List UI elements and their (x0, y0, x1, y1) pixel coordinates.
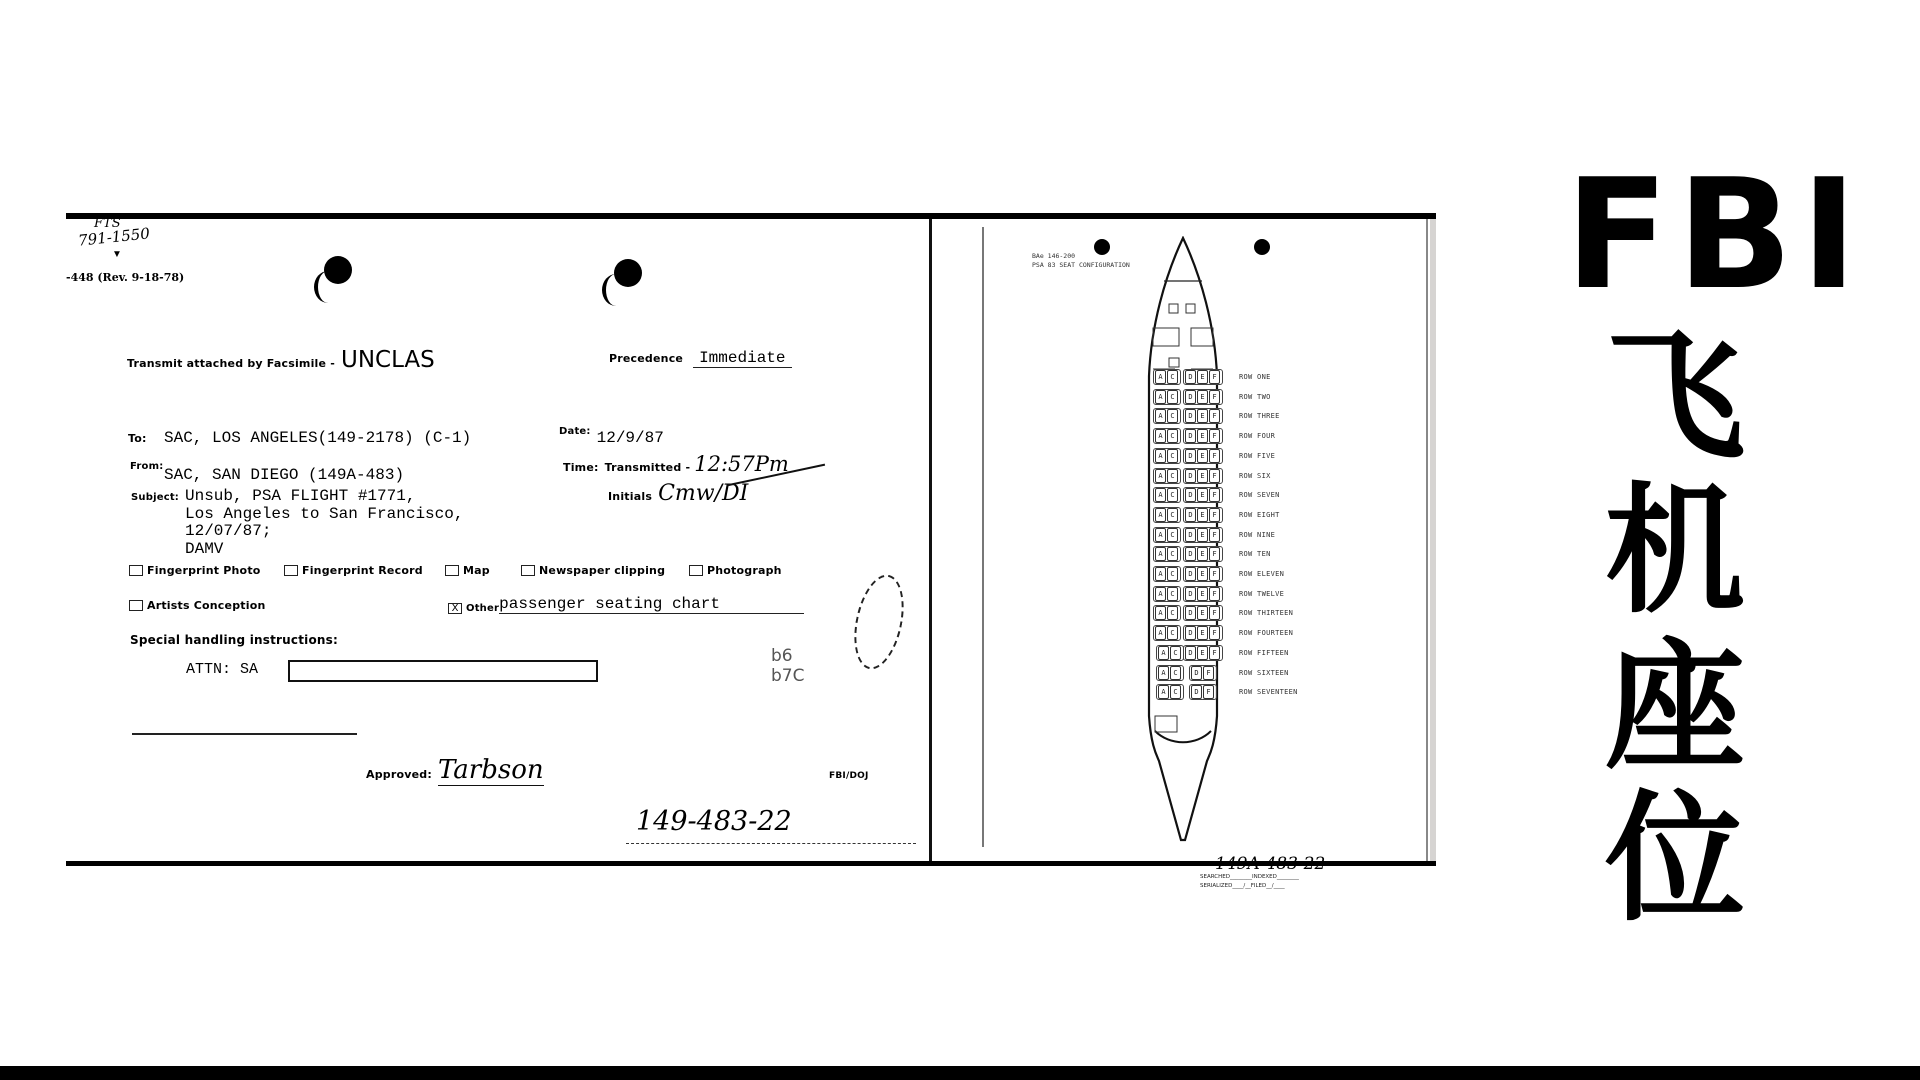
row-label: ROW TWELVE (1239, 590, 1284, 598)
time-label: Time: (563, 461, 599, 474)
row-label: ROW SIX (1239, 472, 1271, 480)
seat-15D: D (1185, 646, 1196, 660)
seat-11C: C (1167, 567, 1178, 581)
seat-6D: D (1185, 469, 1196, 483)
seat-5F: F (1209, 449, 1220, 463)
seat-17F: F (1203, 685, 1214, 699)
subject-line: 12/07/87; (185, 523, 463, 541)
row-label: ROW EIGHT (1239, 511, 1280, 519)
classification: UNCLAS (341, 347, 435, 373)
row-label: ROW FIFTEEN (1239, 649, 1289, 657)
redaction-code: b6 (771, 646, 804, 666)
seat-4C: C (1167, 429, 1178, 443)
seat-10D: D (1185, 547, 1196, 561)
transmit-label: Transmit attached by Facsimile - (127, 357, 335, 370)
seat-6F: F (1209, 469, 1220, 483)
seat-5A: A (1155, 449, 1166, 463)
transmit-line: Transmit attached by Facsimile - UNCLAS (127, 347, 435, 373)
checkbox-box-checked[interactable]: X (448, 603, 462, 614)
transmitted-label: Transmitted - (605, 461, 691, 474)
seat-17A: A (1158, 685, 1169, 699)
from-line: From: SAC, SAN DIEGO (149A-483) (130, 461, 404, 484)
seat-2E: E (1197, 390, 1208, 404)
page-edge (1426, 219, 1428, 861)
seat-1E: E (1197, 370, 1208, 384)
seat-5C: C (1167, 449, 1178, 463)
redaction-code: b7C (771, 666, 804, 686)
divider-line (132, 733, 357, 735)
checkbox-box[interactable] (129, 565, 143, 576)
seat-3A: A (1155, 409, 1166, 423)
seat-2C: C (1167, 390, 1178, 404)
title-fbi: FBI (1565, 160, 1865, 310)
seat-6A: A (1155, 469, 1166, 483)
date-value: 12/9/87 (597, 429, 664, 447)
row-label: ROW SIXTEEN (1239, 669, 1289, 677)
seat-1C: C (1167, 370, 1178, 384)
subject-text: Unsub, PSA FLIGHT #1771, Los Angeles to … (185, 488, 463, 558)
arrow-down-icon: ▼ (112, 249, 122, 260)
seat-11E: E (1197, 567, 1208, 581)
seat-13E: E (1197, 606, 1208, 620)
seat-8F: F (1209, 508, 1220, 522)
seat-6C: C (1167, 469, 1178, 483)
seat-14E: E (1197, 626, 1208, 640)
seat-16F: F (1203, 666, 1214, 680)
stamp-serialized: SERIALIZED (1200, 883, 1232, 889)
row-label: ROW FOUR (1239, 432, 1275, 440)
precedence-value: Immediate (693, 349, 791, 368)
row-label: ROW TEN (1239, 550, 1271, 558)
seat-2A: A (1155, 390, 1166, 404)
seat-7D: D (1185, 488, 1196, 502)
title-char-ji: 机 (1600, 472, 1750, 632)
initials-label: Initials (608, 490, 652, 503)
seat-14A: A (1155, 626, 1166, 640)
date-label: Date: (559, 426, 591, 437)
seat-13A: A (1155, 606, 1166, 620)
stamp-filed: FILED (1251, 883, 1267, 889)
redaction-codes: b6 b7C (771, 646, 804, 686)
from-label: From: (130, 461, 164, 472)
seat-4E: E (1197, 429, 1208, 443)
seat-15C: C (1170, 646, 1181, 660)
seat-13C: C (1167, 606, 1178, 620)
time-value: 12:57Pm (694, 452, 789, 476)
precedence-line: Precedence Immediate (609, 349, 792, 368)
seat-12F: F (1209, 587, 1220, 601)
seat-11F: F (1209, 567, 1220, 581)
seat-9A: A (1155, 528, 1166, 542)
handwritten-oval-mark (847, 570, 912, 673)
seat-9F: F (1209, 528, 1220, 542)
seat-6E: E (1197, 469, 1208, 483)
seat-15E: E (1197, 646, 1208, 660)
seat-13D: D (1185, 606, 1196, 620)
seat-9D: D (1185, 528, 1196, 542)
seat-7A: A (1155, 488, 1166, 502)
handwritten-file-number: 791-1550 (77, 224, 150, 249)
row-label: ROW SEVEN (1239, 491, 1280, 499)
chart-header: BAe 146-200 PSA 83 SEAT CONFIGURATION (1032, 252, 1130, 270)
checkbox-other[interactable]: X Other passenger seating chart (448, 595, 804, 614)
seat-11D: D (1185, 567, 1196, 581)
row-label: ROW FOURTEEN (1239, 629, 1293, 637)
row-label: ROW FIVE (1239, 452, 1275, 460)
seat-10C: C (1167, 547, 1178, 561)
checkbox-label: Artists Conception (147, 599, 265, 612)
punch-crescent-icon (602, 274, 630, 306)
time-line: Time: Transmitted - 12:57Pm (563, 452, 789, 476)
checkbox-label: Fingerprint Record (302, 564, 423, 577)
seat-12D: D (1185, 587, 1196, 601)
handwritten-serial: 149-483-22 (636, 806, 792, 837)
seat-10A: A (1155, 547, 1166, 561)
approved-label: Approved: (366, 768, 432, 781)
seat-10F: F (1209, 547, 1220, 561)
seat-14F: F (1209, 626, 1220, 640)
seat-4A: A (1155, 429, 1166, 443)
seat-8A: A (1155, 508, 1166, 522)
row-label: ROW THIRTEEN (1239, 609, 1293, 617)
checkbox-box[interactable] (445, 565, 459, 576)
to-line: To: SAC, LOS ANGELES(149-2178) (C-1) (128, 429, 471, 447)
seat-10E: E (1197, 547, 1208, 561)
checkbox-fingerprint-record[interactable]: Fingerprint Record (284, 564, 445, 577)
subject-label: Subject: (131, 492, 185, 503)
footer-code: FBI/DOJ (829, 771, 869, 781)
seat-8D: D (1185, 508, 1196, 522)
checkbox-label: Other (466, 603, 499, 614)
special-handling-label: Special handling instructions: (130, 633, 338, 647)
punch-hole-icon (1254, 239, 1270, 255)
seat-15A: A (1158, 646, 1169, 660)
row-label: ROW NINE (1239, 531, 1275, 539)
subject-block: Subject: Unsub, PSA FLIGHT #1771, Los An… (131, 488, 463, 558)
from-value: SAC, SAN DIEGO (149A-483) (164, 466, 404, 484)
seat-16A: A (1158, 666, 1169, 680)
other-value: passenger seating chart (499, 595, 804, 614)
subject-line: Los Angeles to San Francisco, (185, 506, 463, 524)
subject-line: DAMV (185, 541, 463, 559)
seat-14C: C (1167, 626, 1178, 640)
checkbox-newspaper-clipping[interactable]: Newspaper clipping (521, 564, 689, 577)
seat-3E: E (1197, 409, 1208, 423)
row-label: ROW SEVENTEEN (1239, 688, 1298, 696)
checkbox-box[interactable] (689, 565, 703, 576)
seat-14D: D (1185, 626, 1196, 640)
seat-9C: C (1167, 528, 1178, 542)
seat-13F: F (1209, 606, 1220, 620)
attachment-checkbox-row: Fingerprint Photo Fingerprint Record Map… (129, 564, 782, 577)
fax-cover-sheet: FTS 791-1550 ▼ -448 (Rev. 9-18-78) Trans… (66, 219, 932, 861)
punch-crescent-icon (314, 271, 342, 303)
checkbox-box[interactable] (129, 600, 143, 611)
seat-1F: F (1209, 370, 1220, 384)
seat-2D: D (1185, 390, 1196, 404)
checkbox-box[interactable] (284, 565, 298, 576)
seat-4D: D (1185, 429, 1196, 443)
file-stamp: SEARCHED________INDEXED________ SERIALIZ… (1200, 873, 1299, 891)
checkbox-artists-conception[interactable]: Artists Conception (129, 599, 265, 612)
seat-7F: F (1209, 488, 1220, 502)
date-line: Date: 12/9/87 (559, 426, 664, 447)
approved-line: Approved: Tarbson (366, 755, 544, 786)
seat-16D: D (1191, 666, 1202, 680)
config-title: PSA 83 SEAT CONFIGURATION (1032, 261, 1130, 270)
document-bottom-border (66, 861, 1436, 866)
row-label: ROW ONE (1239, 373, 1271, 381)
row-label: ROW THREE (1239, 412, 1280, 420)
dotted-rule (626, 843, 916, 845)
seat-3D: D (1185, 409, 1196, 423)
seat-1D: D (1185, 370, 1196, 384)
seat-15F: F (1209, 646, 1220, 660)
form-number: -448 (Rev. 9-18-78) (66, 271, 184, 284)
bottom-bar (0, 1066, 1920, 1080)
seat-5E: E (1197, 449, 1208, 463)
stamp-indexed: INDEXED (1252, 874, 1277, 880)
checkbox-photograph[interactable]: Photograph (689, 564, 782, 577)
checkbox-label: Map (463, 564, 490, 577)
title-char-wei: 位 (1600, 780, 1750, 940)
seat-7C: C (1167, 488, 1178, 502)
to-value: SAC, LOS ANGELES(149-2178) (C-1) (164, 429, 471, 447)
checkbox-fingerprint-photo[interactable]: Fingerprint Photo (129, 564, 284, 577)
seat-4F: F (1209, 429, 1220, 443)
seat-1A: A (1155, 370, 1166, 384)
seat-11A: A (1155, 567, 1166, 581)
seat-2F: F (1209, 390, 1220, 404)
seat-12A: A (1155, 587, 1166, 601)
seat-9E: E (1197, 528, 1208, 542)
checkbox-map[interactable]: Map (445, 564, 521, 577)
seat-17D: D (1191, 685, 1202, 699)
seat-5D: D (1185, 449, 1196, 463)
margin-line (982, 227, 984, 847)
to-label: To: (128, 432, 164, 445)
seat-7E: E (1197, 488, 1208, 502)
checkbox-label: Fingerprint Photo (147, 564, 261, 577)
seat-8E: E (1197, 508, 1208, 522)
row-label: ROW TWO (1239, 393, 1271, 401)
seat-12C: C (1167, 587, 1178, 601)
aircraft-type: BAe 146-200 (1032, 252, 1130, 261)
seat-3F: F (1209, 409, 1220, 423)
seat-12E: E (1197, 587, 1208, 601)
attn-label: ATTN: SA (186, 661, 258, 678)
stamp-searched: SEARCHED (1200, 874, 1230, 880)
checkbox-box[interactable] (521, 565, 535, 576)
approved-signature: Tarbson (438, 755, 544, 786)
seat-8C: C (1167, 508, 1178, 522)
precedence-label: Precedence (609, 352, 683, 365)
subject-line: Unsub, PSA FLIGHT #1771, (185, 488, 463, 506)
seat-16C: C (1170, 666, 1181, 680)
attn-field[interactable] (288, 660, 598, 682)
seat-17C: C (1170, 685, 1181, 699)
row-label: ROW ELEVEN (1239, 570, 1284, 578)
seat-3C: C (1167, 409, 1178, 423)
checkbox-label: Newspaper clipping (539, 564, 665, 577)
checkbox-label: Photograph (707, 564, 782, 577)
title-char-fei: 飞 (1600, 318, 1750, 478)
title-char-zuo: 座 (1600, 628, 1750, 788)
seat-configuration-chart: BAe 146-200 PSA 83 SEAT CONFIGURATION AC… (937, 219, 1436, 861)
